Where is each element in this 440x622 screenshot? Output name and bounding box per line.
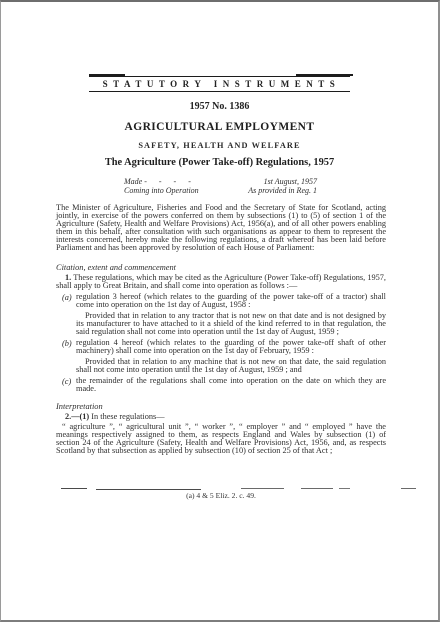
dates-block: Made - - - - 1st August, 1957 Coming int… bbox=[124, 177, 317, 195]
proviso-a: Provided that in relation to any tractor… bbox=[76, 312, 386, 336]
section-2-heading: Interpretation bbox=[56, 402, 386, 411]
made-date: 1st August, 1957 bbox=[264, 177, 317, 186]
footnote-rule bbox=[96, 489, 201, 490]
made-label: Made - - - - bbox=[124, 177, 191, 186]
scan-artifact bbox=[401, 488, 416, 489]
scan-artifact bbox=[301, 488, 333, 489]
header-rule-bottom bbox=[89, 91, 350, 92]
section-2-number: 2.—(1) bbox=[65, 412, 89, 421]
scan-artifact bbox=[89, 74, 125, 76]
scan-artifact bbox=[241, 488, 284, 489]
list-item-a: (a) regulation 3 hereof (which relates t… bbox=[56, 293, 386, 309]
scan-artifact bbox=[339, 488, 350, 489]
header-rule-top bbox=[89, 76, 350, 77]
category-heading: AGRICULTURAL EMPLOYMENT bbox=[1, 121, 438, 133]
proviso-b: Provided that in relation to any machine… bbox=[76, 358, 386, 374]
coming-value: As provided in Reg. 1 bbox=[248, 186, 317, 195]
item-a-text: regulation 3 hereof (which relates to th… bbox=[76, 293, 386, 309]
scan-artifact bbox=[61, 488, 87, 489]
section-2-intro: 2.—(1) In these regulations— bbox=[56, 413, 386, 421]
body-column: The Minister of Agriculture, Fisheries a… bbox=[56, 204, 386, 455]
list-item-c: (c) the remainder of the regulations sha… bbox=[56, 377, 386, 393]
preamble-paragraph: The Minister of Agriculture, Fisheries a… bbox=[56, 204, 386, 252]
item-c-label: (c) bbox=[62, 377, 71, 386]
coming-label: Coming into Operation bbox=[124, 186, 199, 195]
regulation-title: The Agriculture (Power Take-off) Regulat… bbox=[1, 157, 438, 168]
definitions-paragraph: “ agriculture ”, “ agricultural unit ”, … bbox=[56, 423, 386, 455]
document-page: STATUTORY INSTRUMENTS 1957 No. 1386 AGRI… bbox=[0, 0, 440, 622]
scan-artifact bbox=[296, 74, 353, 76]
statutory-instruments-banner: STATUTORY INSTRUMENTS bbox=[89, 77, 350, 91]
footnote-area: (a) 4 & 5 Eliz. 2. c. 49. bbox=[1, 486, 440, 500]
made-row: Made - - - - 1st August, 1957 bbox=[124, 177, 317, 186]
item-c-text: the remainder of the regulations shall c… bbox=[76, 377, 386, 393]
instrument-number: 1957 No. 1386 bbox=[1, 101, 438, 112]
section-1-text: These regulations, which may be cited as… bbox=[56, 273, 386, 290]
section-2-text: In these regulations— bbox=[89, 412, 164, 421]
section-1-heading: Citation, extent and commencement bbox=[56, 263, 386, 272]
item-a-label: (a) bbox=[62, 293, 72, 302]
item-b-text: regulation 4 hereof (which relates to th… bbox=[76, 339, 386, 355]
list-item-b: (b) regulation 4 hereof (which relates t… bbox=[56, 339, 386, 355]
coming-into-operation-row: Coming into Operation As provided in Reg… bbox=[124, 186, 317, 195]
subject-heading: SAFETY, HEALTH AND WELFARE bbox=[1, 141, 438, 150]
section-1-intro: 1. These regulations, which may be cited… bbox=[56, 274, 386, 290]
item-b-label: (b) bbox=[62, 339, 72, 348]
